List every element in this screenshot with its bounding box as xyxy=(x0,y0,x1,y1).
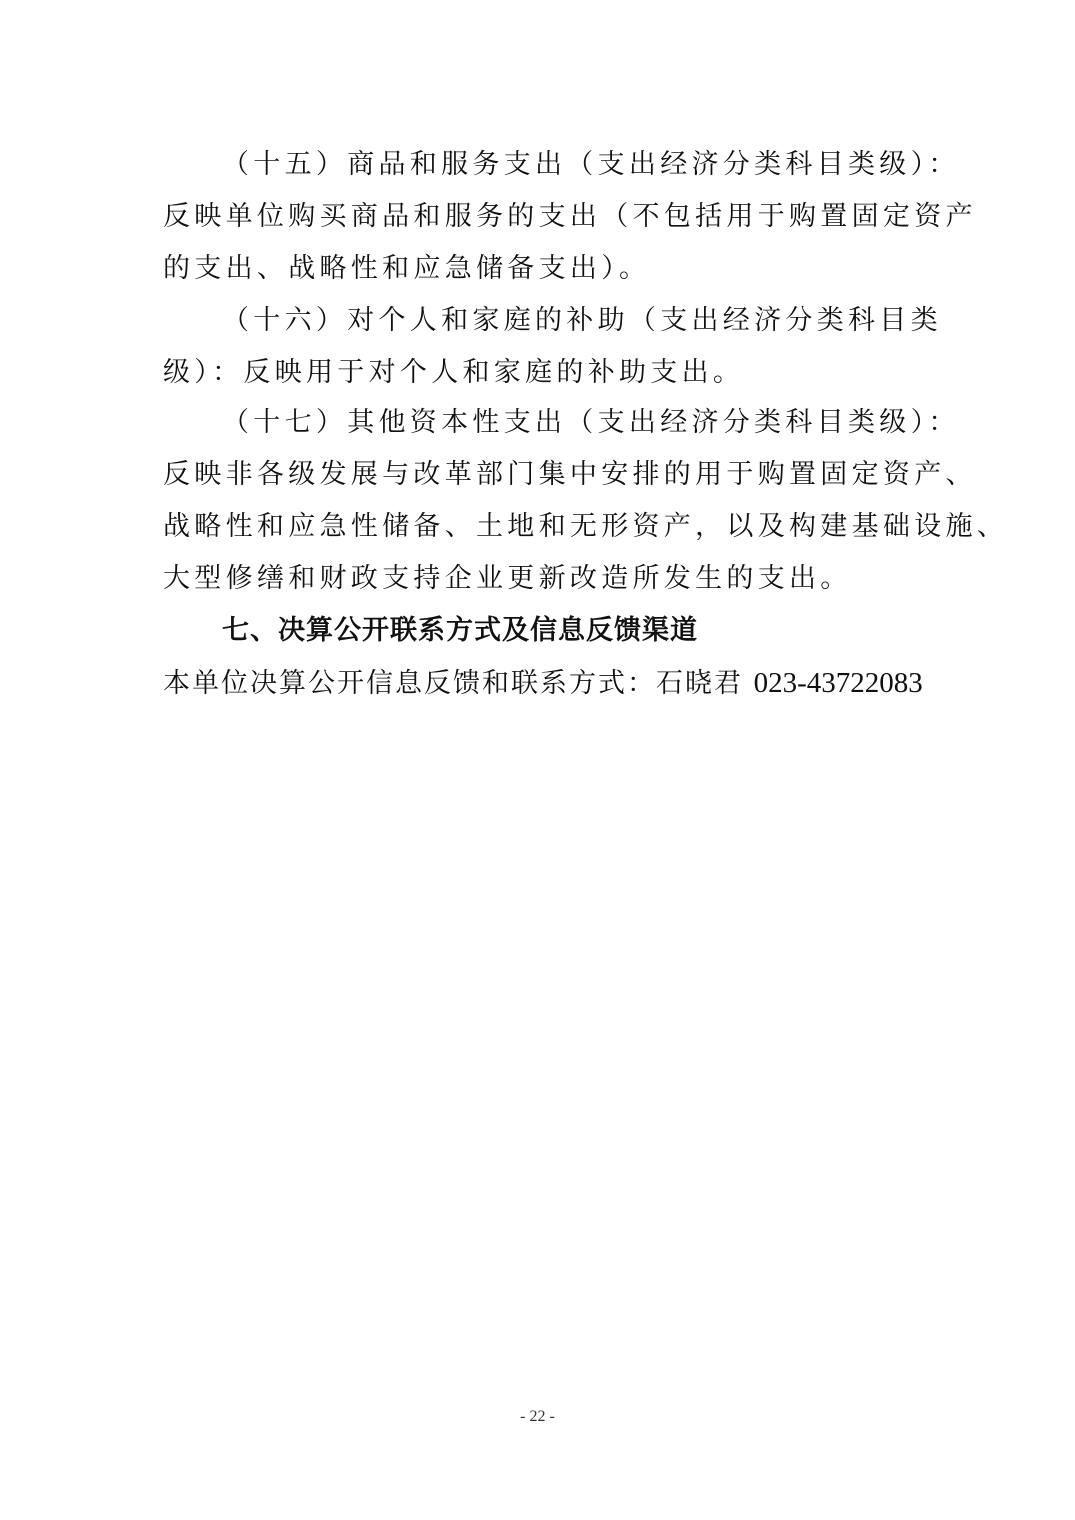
paragraph-line: （十六）对个人和家庭的补助（支出经济分类科目类 xyxy=(222,295,915,347)
contact-label: 本单位决算公开信息反馈和联系方式：石晓君 xyxy=(163,668,743,699)
contact-line: 本单位决算公开信息反馈和联系方式：石晓君 023-43722083 xyxy=(163,657,915,709)
page-number: - 22 - xyxy=(0,1408,1075,1426)
paragraph-line: 反映单位购买商品和服务的支出（不包括用于购置固定资产 xyxy=(163,191,915,243)
paragraph-line: 大型修缮和财政支持企业更新改造所发生的支出。 xyxy=(163,553,915,605)
section-heading: 七、决算公开联系方式及信息反馈渠道 xyxy=(222,605,698,657)
paragraph-line: 反映非各级发展与改革部门集中安排的用于购置固定资产、 xyxy=(163,449,915,501)
paragraph-line: 的支出、战略性和应急储备支出）。 xyxy=(163,243,915,295)
paragraph-line: 战略性和应急性储备、土地和无形资产，以及构建基础设施、 xyxy=(163,501,915,553)
document-page: （十五）商品和服务支出（支出经济分类科目类级）： 反映单位购买商品和服务的支出（… xyxy=(0,0,1075,1520)
paragraph-line: （十五）商品和服务支出（支出经济分类科目类级）： xyxy=(222,139,915,191)
paragraph-line: 级）：反映用于对个人和家庭的补助支出。 xyxy=(163,347,915,399)
paragraph-line: （十七）其他资本性支出（支出经济分类科目类级）： xyxy=(222,397,915,449)
contact-phone: 023-43722083 xyxy=(754,667,923,699)
